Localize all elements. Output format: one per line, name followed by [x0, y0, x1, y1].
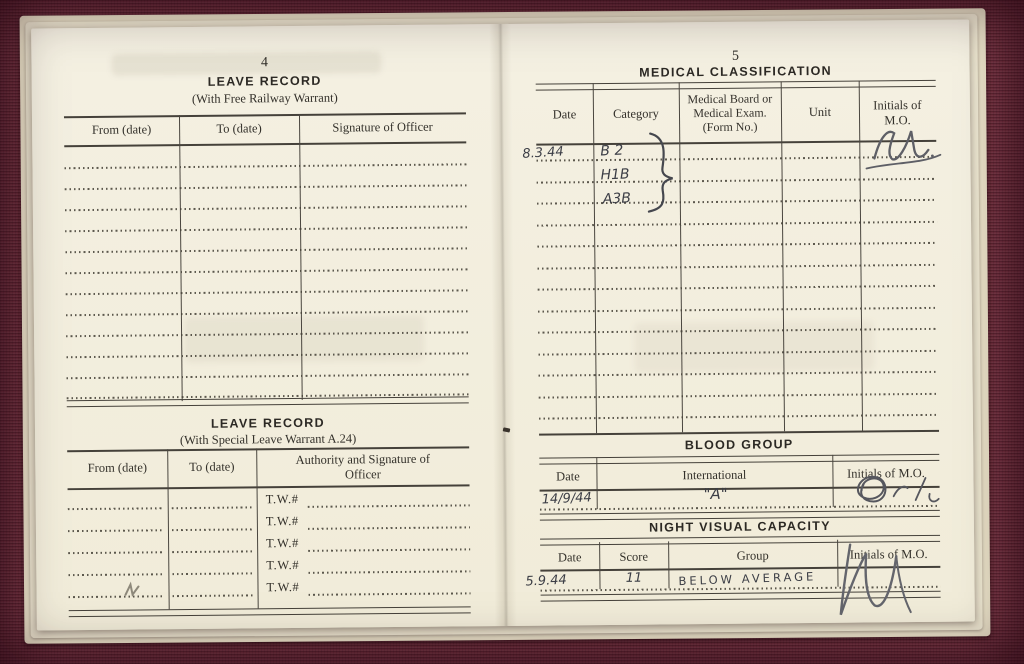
dotted-entry-line [538, 285, 938, 291]
dotted-entry-line [308, 504, 470, 508]
dotted-entry-line [68, 573, 164, 576]
dotted-entry-line [172, 572, 253, 575]
medical-entry-date-handwriting: 8.3.44 [522, 144, 564, 162]
table-rule [68, 484, 470, 489]
dotted-entry-line [68, 507, 164, 510]
dotted-entry-line [308, 548, 470, 552]
dotted-entry-line [173, 594, 254, 597]
table-top-rule [539, 454, 939, 465]
table-rule [64, 141, 466, 146]
tw-warrant-label: T.W.# [266, 558, 299, 573]
col-header-date: Date [540, 550, 599, 565]
tw-warrant-label: T.W.# [266, 536, 299, 551]
column-divider [593, 83, 598, 433]
table-top-rule [536, 80, 936, 91]
dotted-entry-line [539, 393, 939, 399]
dotted-entry-line [65, 226, 467, 232]
col-header-unit: Unit [781, 105, 859, 120]
dotted-entry-line [537, 221, 937, 227]
blood-group-title: BLOOD GROUP [539, 436, 939, 454]
dotted-entry-line [66, 352, 468, 358]
dotted-entry-line [172, 550, 253, 553]
dotted-entry-line [537, 264, 937, 270]
col-header-score: Score [599, 549, 668, 564]
table-rule [64, 112, 466, 117]
column-divider [179, 115, 183, 401]
dotted-entry-line [172, 506, 253, 509]
column-divider [299, 114, 303, 400]
table-bottom-rule [69, 606, 471, 617]
tw-warrant-label: T.W.# [266, 492, 299, 507]
column-divider [832, 455, 834, 507]
medical-entry-category-handwriting: H1B [600, 166, 630, 183]
blood-group-date-handwriting: 14/9/44 [541, 490, 592, 507]
scanned-service-book-photo: 4 LEAVE RECORD (With Free Railway Warran… [0, 0, 1024, 664]
column-divider [679, 82, 684, 432]
dotted-entry-line [538, 328, 938, 334]
column-divider [859, 81, 864, 431]
dotted-entry-line [66, 373, 468, 379]
dotted-entry-line [539, 414, 939, 420]
column-divider [256, 448, 259, 608]
open-page-spread: 4 LEAVE RECORD (With Free Railway Warran… [31, 20, 975, 631]
dotted-entry-line [68, 551, 164, 554]
column-divider [781, 81, 786, 431]
col-header-from: From (date) [67, 460, 167, 476]
dotted-entry-line [538, 307, 938, 313]
dotted-entry-line [538, 350, 938, 356]
dotted-entry-line [537, 178, 937, 184]
page-number: 4 [63, 53, 465, 73]
dotted-entry-line [65, 268, 467, 274]
tw-warrant-label: T.W.# [266, 514, 299, 529]
dotted-entry-line [66, 331, 468, 337]
dotted-entry-line [64, 163, 466, 169]
medical-entry-category-handwriting: B 2 [600, 142, 624, 159]
center-gutter-fold [489, 24, 517, 626]
col-header-to: To (date) [167, 459, 256, 475]
col-header-date: Date [539, 469, 596, 484]
dotted-entry-line [66, 289, 468, 295]
dotted-entry-line [68, 529, 164, 532]
dotted-entry-line [65, 184, 467, 190]
category-brace-handwriting [642, 130, 677, 214]
dotted-entry-line [308, 570, 470, 574]
col-header-authority: Authority and Signature of Officer [280, 452, 445, 483]
leave-record-special-title: LEAVE RECORD [67, 414, 469, 432]
col-header-international: International [596, 467, 832, 484]
dotted-entry-line [65, 247, 467, 253]
night-visual-title: NIGHT VISUAL CAPACITY [540, 518, 940, 536]
mo-initials-signature [864, 122, 942, 175]
col-header-to: To (date) [179, 121, 299, 137]
dotted-entry-line [537, 242, 937, 248]
pencil-check-mark [122, 581, 142, 599]
tw-warrant-label: T.W.# [266, 580, 299, 595]
blood-group-value-handwriting: "A" [676, 485, 756, 504]
dotted-entry-line [65, 205, 467, 211]
col-header-category: Category [593, 106, 679, 122]
col-header-group: Group [668, 548, 837, 564]
dotted-entry-line [538, 371, 938, 377]
night-visual-group-handwriting: BELOW AVERAGE [678, 569, 816, 588]
table-bottom-rule [539, 430, 939, 435]
dotted-entry-line [66, 310, 468, 316]
blood-group-mo-initials-signature [837, 470, 941, 513]
col-header-signature: Signature of Officer [299, 119, 466, 135]
dotted-entry-line [308, 526, 470, 530]
col-header-from: From (date) [64, 122, 179, 138]
dotted-entry-line [537, 199, 937, 205]
col-header-medical-board: Medical Board or Medical Exam. (Form No.… [679, 91, 781, 134]
leave-record-subtitle: (With Free Railway Warrant) [64, 89, 466, 108]
medical-entry-category-handwriting: A3B [602, 190, 631, 207]
leave-record-title: LEAVE RECORD [64, 72, 466, 90]
night-visual-mo-initials-signature [830, 536, 913, 627]
column-divider [596, 457, 598, 509]
night-visual-date-handwriting: 5.9.44 [525, 573, 567, 590]
dotted-entry-line [172, 528, 253, 531]
night-visual-score-handwriting: 11 [599, 570, 668, 586]
col-header-date: Date [536, 107, 593, 122]
dotted-entry-line [69, 595, 165, 598]
medical-classification-title: MEDICAL CLASSIFICATION [536, 63, 936, 81]
dotted-entry-line [309, 592, 471, 596]
